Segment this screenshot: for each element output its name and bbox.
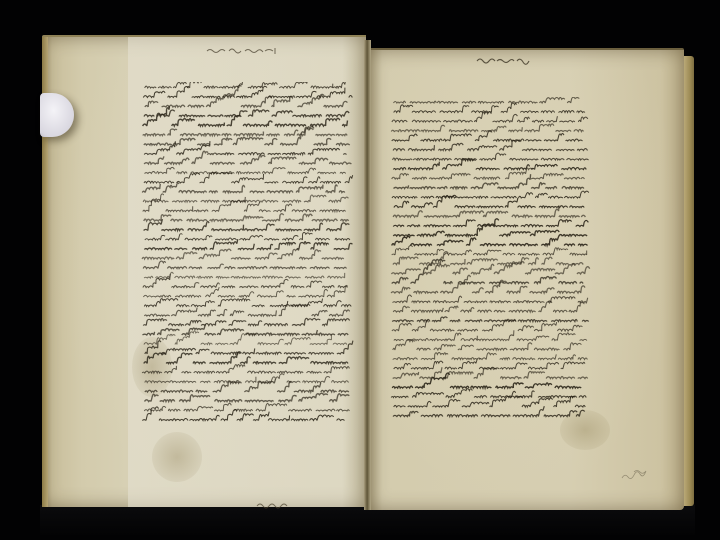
handwriting-line xyxy=(144,272,345,278)
handwriting-line xyxy=(143,128,347,135)
handwriting-line xyxy=(145,232,350,240)
right-running-head xyxy=(475,50,535,60)
handwriting-lines xyxy=(140,82,360,432)
handwriting-line xyxy=(394,396,586,407)
handwriting-line xyxy=(143,318,349,325)
handwriting-line xyxy=(142,183,344,193)
handwriting-line xyxy=(393,153,589,160)
handwriting-line xyxy=(393,298,587,312)
catchword-scribble xyxy=(255,500,291,510)
handwriting-line xyxy=(142,407,344,421)
right-text-block xyxy=(389,97,601,427)
gutter xyxy=(364,40,371,510)
handwriting-line xyxy=(144,299,351,307)
handwriting-line xyxy=(145,393,350,401)
handwriting-line xyxy=(392,112,588,122)
handwriting-line xyxy=(391,389,586,398)
handwriting-line xyxy=(393,219,587,236)
manuscript-photo: Open manuscript codex photographed on a … xyxy=(0,0,720,540)
left-text-block xyxy=(140,82,360,432)
handwriting-line xyxy=(144,403,349,411)
handwriting-line xyxy=(391,124,583,132)
handwriting-line xyxy=(393,252,583,265)
running-head-scribble xyxy=(475,55,535,65)
marginal-note xyxy=(620,466,660,486)
handwriting-line xyxy=(393,340,582,350)
handwriting-line xyxy=(394,330,587,340)
running-head-scribble xyxy=(205,45,285,55)
handwriting-line xyxy=(143,274,348,287)
handwriting-line xyxy=(394,97,580,103)
handwriting-line xyxy=(143,324,349,335)
handwriting-line xyxy=(143,194,346,212)
handwriting-line xyxy=(392,191,589,198)
handwriting-line xyxy=(145,167,346,173)
handwriting-line xyxy=(392,373,581,388)
handwriting-line xyxy=(142,364,349,373)
handwriting-line xyxy=(393,352,588,359)
handwriting-line xyxy=(392,317,589,322)
handwriting-line xyxy=(145,374,349,383)
handwriting-line xyxy=(392,245,587,255)
handwriting-line xyxy=(394,174,584,188)
handwriting-line xyxy=(143,261,346,268)
handwriting-line xyxy=(392,131,583,141)
handwriting-line xyxy=(143,106,348,126)
handwriting-lines xyxy=(389,97,601,427)
handwriting-line xyxy=(393,295,584,303)
handwriting-line xyxy=(394,358,585,369)
handwriting-line xyxy=(145,82,351,88)
handwriting-line xyxy=(144,110,349,117)
handwriting-line xyxy=(392,168,585,179)
paper-stain xyxy=(152,432,202,482)
handwriting-line xyxy=(142,249,344,259)
left-running-head xyxy=(205,40,285,50)
handwriting-line xyxy=(393,140,587,150)
handwriting-line xyxy=(144,304,349,316)
handwriting-line xyxy=(143,195,348,202)
handwriting-line xyxy=(393,406,585,416)
right-fore-edge xyxy=(684,56,694,506)
handwriting-line xyxy=(143,86,352,97)
handwriting-line xyxy=(394,103,585,113)
catchword xyxy=(255,495,291,514)
handwriting-line xyxy=(393,159,586,170)
pencil-note-scribble xyxy=(620,466,660,482)
handwriting-line xyxy=(144,214,349,221)
